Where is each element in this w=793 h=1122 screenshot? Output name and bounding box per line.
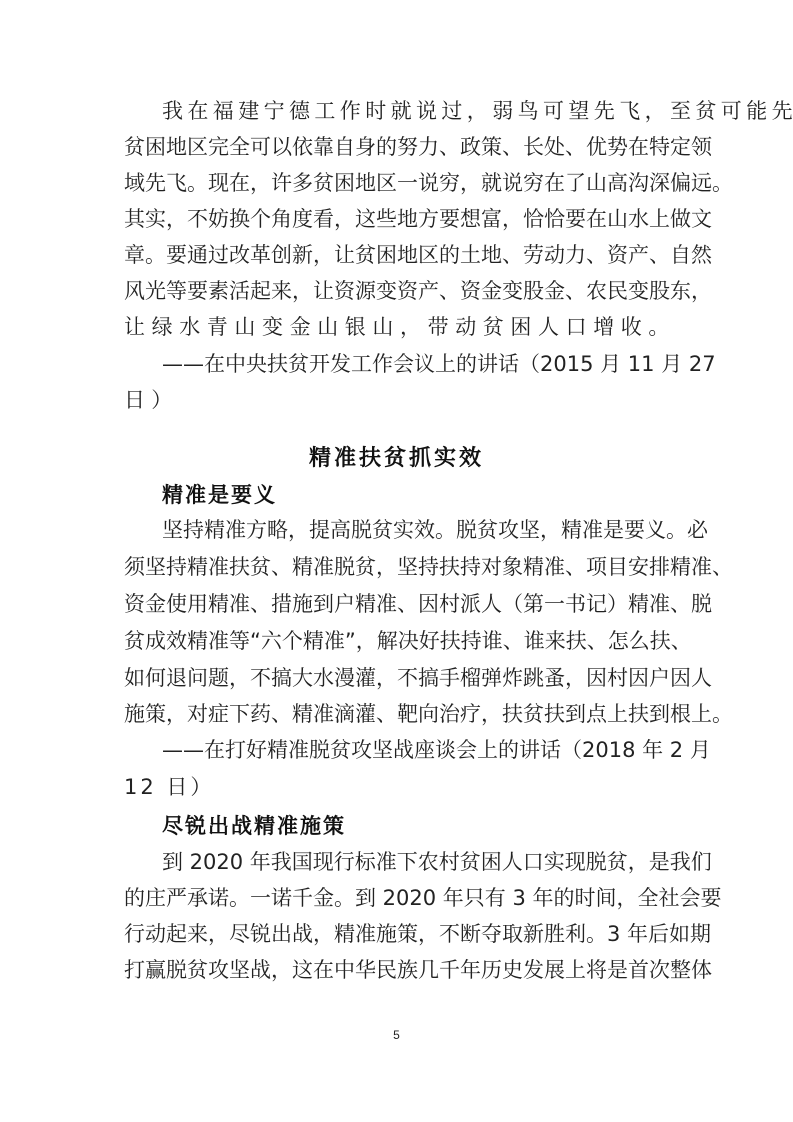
section-heading: 精准是要义 xyxy=(162,479,277,509)
paragraph-line: 章。要通过改革创新，让贫困地区的土地、劳动力、资产、自然 xyxy=(124,241,674,269)
page-number: 5 xyxy=(0,1028,793,1042)
paragraph-line: 其实，不妨换个角度看，这些地方要想富，恰恰要在山水上做文 xyxy=(124,205,674,233)
source-citation: ——在打好精准脱贫攻坚战座谈会上的讲话（2018 年 2 月 xyxy=(162,736,674,764)
paragraph-line: 坚持精准方略，提高脱贫实效。脱贫攻坚，精准是要义。必 xyxy=(162,516,674,544)
document-page: 我在福建宁德工作时就说过，弱鸟可望先飞，至贫可能先富， 贫困地区完全可以依靠自身… xyxy=(0,0,793,1122)
paragraph-line: 如何退问题，不搞大水漫灌，不搞手榴弹炸跳蚤，因村因户因人 xyxy=(124,664,674,692)
paragraph-line: 让绿水青山变金山银山，带动贫困人口增收。 xyxy=(124,313,684,341)
source-citation: 日） xyxy=(124,386,684,414)
paragraph-line: 我在福建宁德工作时就说过，弱鸟可望先飞，至贫可能先富， xyxy=(162,97,722,125)
paragraph-line: 施策，对症下药、精准滴灌、靶向治疗，扶贫扶到点上扶到根上。 xyxy=(124,700,674,728)
paragraph-line: 打赢脱贫攻坚战，这在中华民族几千年历史发展上将是首次整体 xyxy=(124,956,674,984)
paragraph-line: 须坚持精准扶贫、精准脱贫，坚持扶持对象精准、项目安排精准、 xyxy=(124,553,674,581)
source-citation: ——在中央扶贫开发工作会议上的讲话（2015 月 11 月 27 xyxy=(162,350,674,378)
paragraph-line: 贫成效精准等“六个精准”，解决好扶持谁、谁来扶、怎么扶、 xyxy=(124,627,674,655)
paragraph-line: 行动起来，尽锐出战，精准施策，不断夺取新胜利。3 年后如期 xyxy=(124,920,674,948)
paragraph-line: 风光等要素活起来，让资源变资产、资金变股金、农民变股东， xyxy=(124,277,674,305)
paragraph-line: 资金使用精准、措施到户精准、因村派人（第一书记）精准、脱 xyxy=(124,590,674,618)
chapter-title: 精准扶贫抓实效 xyxy=(0,441,793,472)
paragraph-line: 域先飞。现在，许多贫困地区一说穷，就说穷在了山高沟深偏远。 xyxy=(124,169,674,197)
paragraph-line: 贫困地区完全可以依靠自身的努力、政策、长处、优势在特定领 xyxy=(124,133,674,161)
paragraph-line: 到 2020 年我国现行标准下农村贫困人口实现脱贫，是我们 xyxy=(162,848,674,876)
section-heading: 尽锐出战精准施策 xyxy=(162,810,346,840)
source-citation: 12 日） xyxy=(124,773,684,801)
paragraph-line: 的庄严承诺。一诺千金。到 2020 年只有 3 年的时间，全社会要 xyxy=(124,884,674,912)
